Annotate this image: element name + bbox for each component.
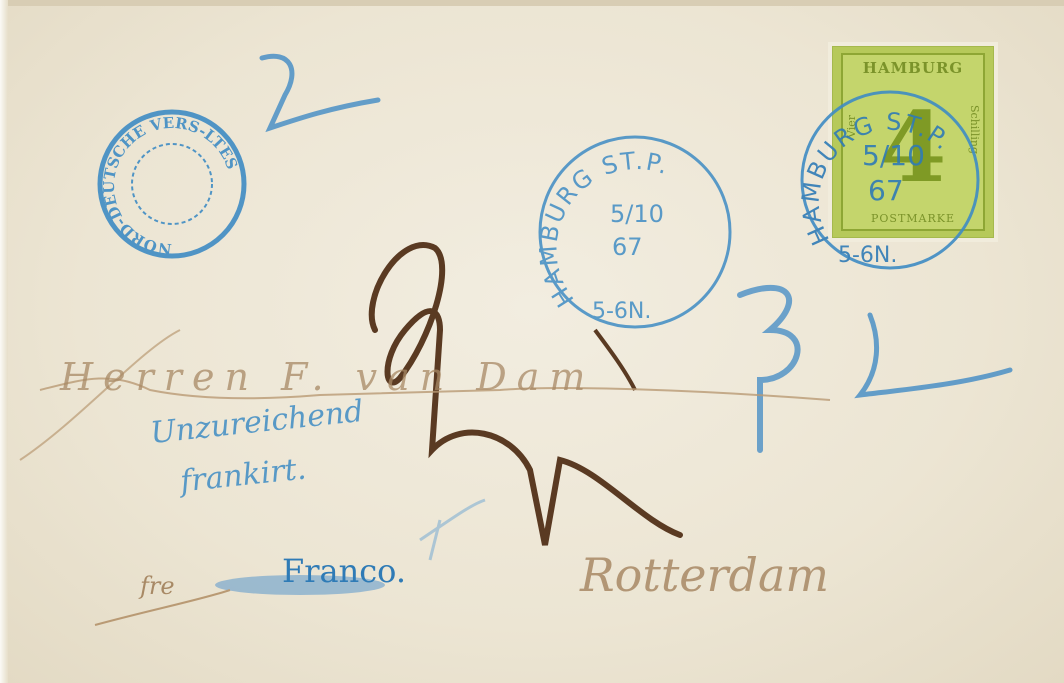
envelope: NORD-DEUTSCHE VERS-LTES HAMBURG ST.P. 5/… — [0, 0, 1064, 683]
svg-text:5/10: 5/10 — [862, 139, 925, 172]
svg-text:67: 67 — [868, 174, 904, 207]
stamp-postmark: HAMBURG ST.P. 5/10 67 5-6N. — [0, 0, 1064, 683]
svg-text:5-6N.: 5-6N. — [838, 243, 897, 268]
